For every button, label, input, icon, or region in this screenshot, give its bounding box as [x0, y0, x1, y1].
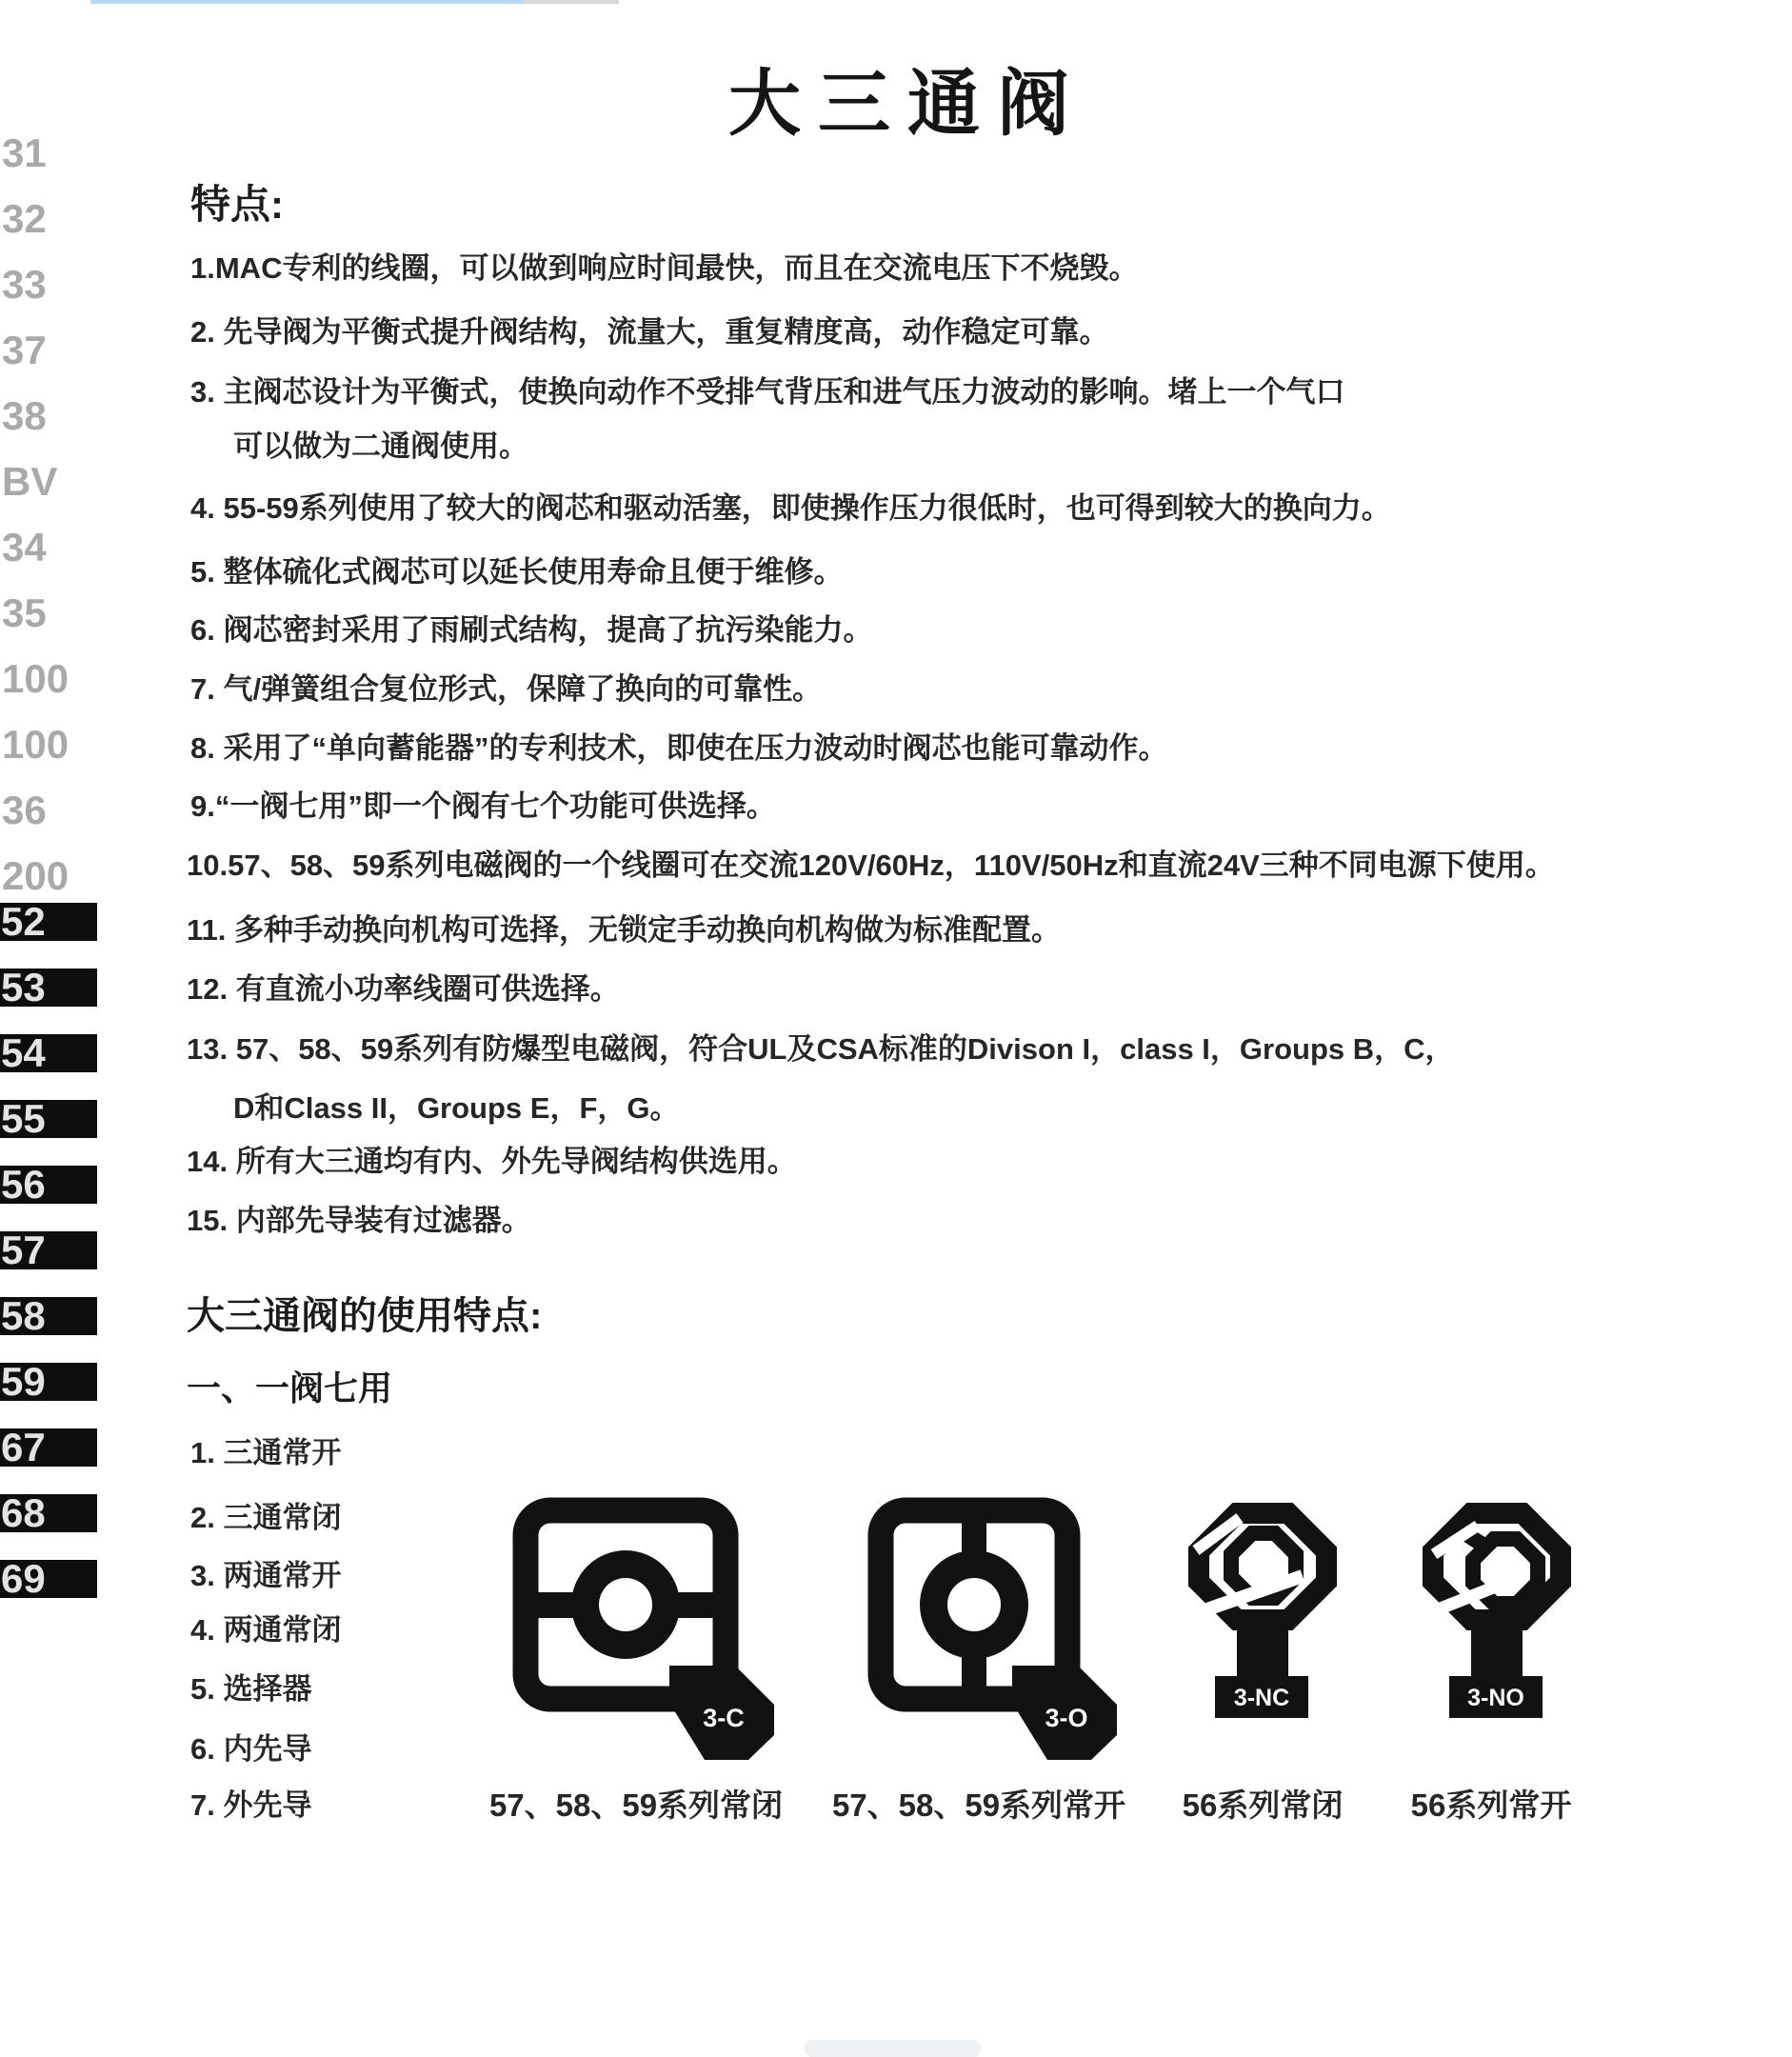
- document-page: 31 32 33 37 38 BV 34 35 100 100 36 200 5…: [0, 0, 1792, 2057]
- usage-item: 5. 选择器: [190, 1665, 311, 1708]
- valve-symbol-3c-label: 3-C: [703, 1704, 745, 1732]
- usage-item: 6. 内先导: [190, 1725, 311, 1767]
- sidebar-tab: 52: [0, 903, 97, 941]
- feature-line: 2. 先导阀为平衡式提升阀结构，流量大，重复精度高，动作稳定可靠。: [190, 308, 1108, 350]
- feature-line: 5. 整体硫化式阀芯可以延长使用寿命且便于维修。: [190, 548, 843, 590]
- valve-symbol-3nc-label: 3-NC: [1234, 1685, 1289, 1711]
- feature-line: 8. 采用了“单向蓄能器”的专利技术，即使在压力波动时阀芯也能可靠动作。: [190, 724, 1167, 767]
- sidebar-tab: 56: [0, 1166, 97, 1204]
- sidebar-page-number: 34: [2, 527, 47, 569]
- feature-line: 13. 57、58、59系列有防爆型电磁阀，符合UL及CSA标准的Divison…: [187, 1025, 1455, 1068]
- sidebar-page-number: 32: [2, 198, 47, 240]
- top-edge-blue-line: [90, 0, 524, 4]
- usage-subheading: 一、一阀七用: [187, 1362, 392, 1410]
- feature-line: 6. 阀芯密封采用了雨刷式结构，提高了抗污染能力。: [190, 606, 872, 649]
- feature-line: 7. 气/弹簧组合复位形式，保障了换向的可靠性。: [190, 665, 822, 708]
- sidebar-page-number: 31: [2, 132, 47, 174]
- sidebar-page-number: 33: [2, 264, 47, 306]
- feature-line: 10.57、58、59系列电磁阀的一个线圈可在交流120V/60Hz，110V/…: [187, 841, 1555, 884]
- feature-line: D和Class II，Groups E，F，G。: [233, 1084, 680, 1127]
- valve-symbol-3o-label: 3-O: [1045, 1704, 1087, 1732]
- usage-item: 1. 三通常开: [190, 1428, 341, 1471]
- feature-line: 12. 有直流小功率线圈可供选择。: [187, 965, 620, 1008]
- sidebar-page-number: 200: [2, 855, 69, 897]
- sidebar-tab: 57: [0, 1231, 97, 1269]
- sidebar-page-number: 38: [2, 395, 47, 437]
- sidebar-tab: 55: [0, 1100, 97, 1138]
- sidebar-tab: 54: [0, 1034, 97, 1072]
- bottom-scan-artifact: [805, 2040, 981, 2057]
- feature-line: 11. 多种手动换向机构可选择，无锁定手动换向机构做为标准配置。: [187, 906, 1061, 949]
- valve-symbol-caption: 57、58、59系列常开: [832, 1781, 1125, 1826]
- valve-symbol-caption: 56系列常闭: [1183, 1781, 1344, 1826]
- feature-line: 15. 内部先导装有过滤器。: [187, 1196, 531, 1239]
- valve-symbol-3no: 3-NO: [1433, 1513, 1561, 1718]
- valve-symbol-3c: 3-C: [526, 1510, 774, 1760]
- usage-item: 4. 两通常闭: [190, 1606, 341, 1648]
- sidebar-page-number: 37: [2, 330, 47, 371]
- page-title: 大三通阀: [728, 46, 1086, 150]
- sidebar-page-number: BV: [2, 461, 57, 503]
- sidebar-page-number: 100: [2, 658, 69, 700]
- valve-symbol-3no-label: 3-NO: [1467, 1685, 1524, 1711]
- sidebar-page-number: 36: [2, 789, 47, 831]
- sidebar-tab: 59: [0, 1363, 97, 1401]
- sidebar-tab: 67: [0, 1428, 97, 1467]
- valve-symbol-caption: 57、58、59系列常闭: [489, 1781, 783, 1826]
- usage-item: 2. 三通常闭: [190, 1493, 341, 1536]
- valve-symbol-caption: 56系列常开: [1411, 1781, 1572, 1826]
- valve-symbol-3nc: 3-NC: [1196, 1513, 1326, 1718]
- sidebar-tab: 69: [0, 1560, 97, 1598]
- feature-line: 3. 主阀芯设计为平衡式，使换向动作不受排气背压和进气压力波动的影响。堵上一个气…: [190, 368, 1344, 410]
- feature-line: 4. 55-59系列使用了较大的阀芯和驱动活塞，即使操作压力很低时，也可得到较大…: [190, 484, 1391, 527]
- usage-item: 3. 两通常开: [190, 1551, 341, 1594]
- feature-line: 1.MAC专利的线圈，可以做到响应时间最快，而且在交流电压下不烧毁。: [190, 244, 1138, 287]
- feature-line: 14. 所有大三通均有内、外先导阀结构供选用。: [187, 1137, 797, 1180]
- feature-line: 9.“一阀七用”即一个阀有七个功能可供选择。: [190, 782, 776, 825]
- usage-item: 7. 外先导: [190, 1781, 311, 1824]
- sidebar-page-number: 35: [2, 592, 47, 634]
- feature-line: 可以做为二通阀使用。: [233, 422, 528, 465]
- sidebar-tab: 53: [0, 969, 97, 1007]
- valve-symbol-3o: 3-O: [881, 1510, 1117, 1760]
- features-heading: 特点:: [190, 173, 284, 230]
- sidebar-tab: 58: [0, 1297, 97, 1335]
- top-edge-gray-line: [524, 0, 619, 4]
- usage-heading: 大三通阀的使用特点:: [187, 1286, 542, 1340]
- sidebar-tab: 68: [0, 1494, 97, 1532]
- sidebar-page-number: 100: [2, 724, 69, 766]
